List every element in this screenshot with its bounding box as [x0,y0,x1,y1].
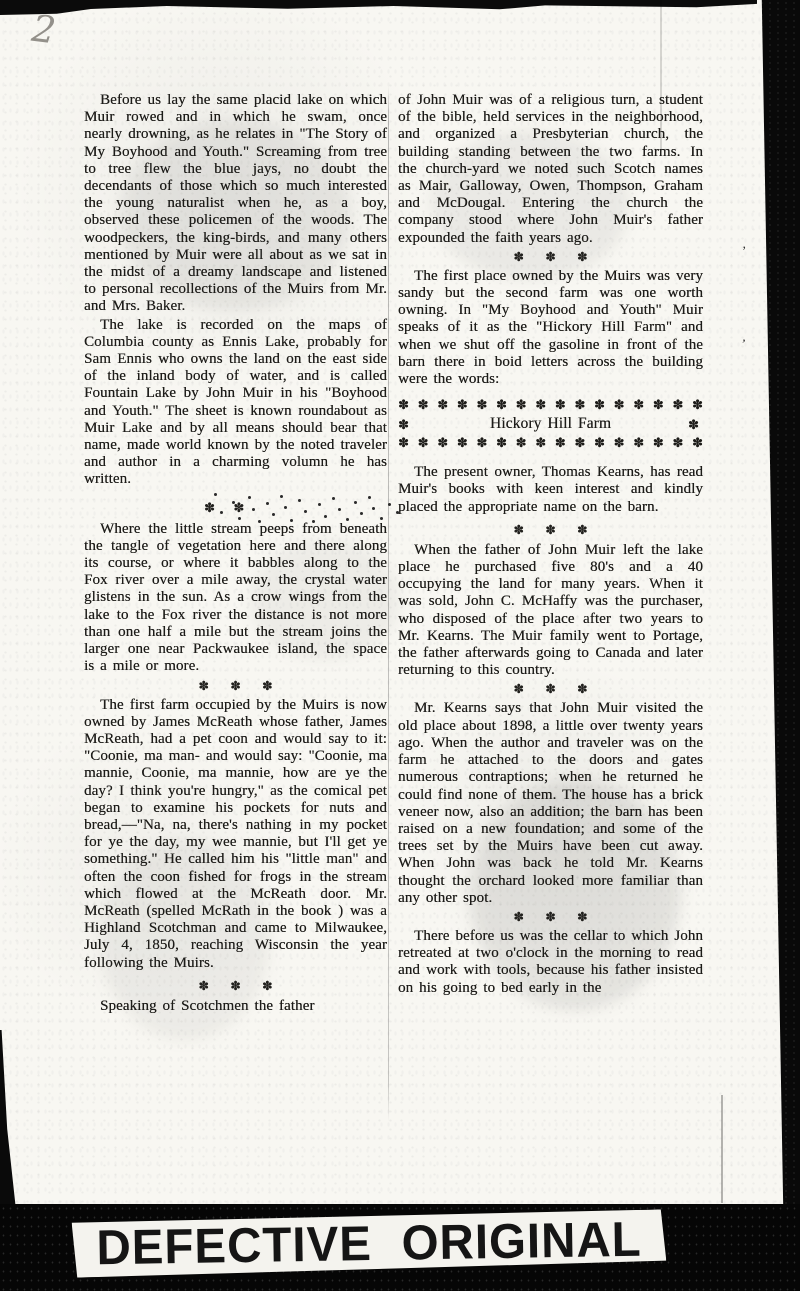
column-rule [388,86,389,1122]
sign-title: Hickory Hill Farm [490,415,611,432]
handwritten-page-number: 2 [29,7,58,53]
left-column: Before us lay the same placid lake on wh… [84,92,387,1016]
section-divider: ✽ ✽ ✽ [398,249,703,266]
right-column: of John Muir was of a religious turn, a … [398,92,703,998]
scanned-newspaper-page: ’ ’ 2 Before us lay the same placid lake… [0,0,800,1291]
article-paragraph: Mr. Kearns says that John Muir visited t… [398,700,703,906]
sign-border-bottom: ✽ ✽ ✽ ✽ ✽ ✽ ✽ ✽ ✽ ✽ ✽ ✽ ✽ ✽ ✽ ✽ [398,434,703,452]
article-paragraph: Speaking of Scotchmen the father [84,998,387,1015]
sign-border-top: ✽ ✽ ✽ ✽ ✽ ✽ ✽ ✽ ✽ ✽ ✽ ✽ ✽ ✽ ✽ ✽ [398,396,703,414]
sign-left-ornament: ✽ [398,415,409,435]
section-divider: ✽ ✽ ✽ [398,681,703,698]
article-paragraph: The first farm occupied by the Muirs is … [84,697,387,972]
article-paragraph: The first place owned by the Muirs was v… [398,268,703,388]
sign-right-ornament: ✽ [688,415,699,435]
clipping-crease-line [721,1095,723,1203]
section-divider: ✽ ✽ ✽ [398,909,703,926]
asterisk-ornament: ✽ ✽ [204,499,244,516]
ink-speck: ’ [742,243,746,259]
article-paragraph: The lake is recorded on the maps of Colu… [84,317,387,489]
article-paragraph: There before us was the cellar to which … [398,928,703,997]
section-divider: ✽ ✽ ✽ [398,522,703,539]
section-divider: ✽ ✽ ✽ [84,978,387,995]
article-paragraph: When the father of John Muir left the la… [398,542,703,680]
section-divider-ink-spatter: ✽ ✽ [84,491,387,521]
section-divider: ✽ ✽ ✽ [84,678,387,695]
article-paragraph: of John Muir was of a religious turn, a … [398,92,703,247]
hickory-hill-farm-sign: ✽ ✽ ✽ ✽ ✽ ✽ ✽ ✽ ✽ ✽ ✽ ✽ ✽ ✽ ✽ ✽ ✽ Hickor… [398,396,703,452]
article-paragraph: Where the little stream peeps from benea… [84,521,387,676]
article-paragraph: The present owner, Thomas Kearns, has re… [398,464,703,516]
ink-spatter-dots [214,493,217,496]
article-paragraph: Before us lay the same placid lake on wh… [84,92,387,316]
